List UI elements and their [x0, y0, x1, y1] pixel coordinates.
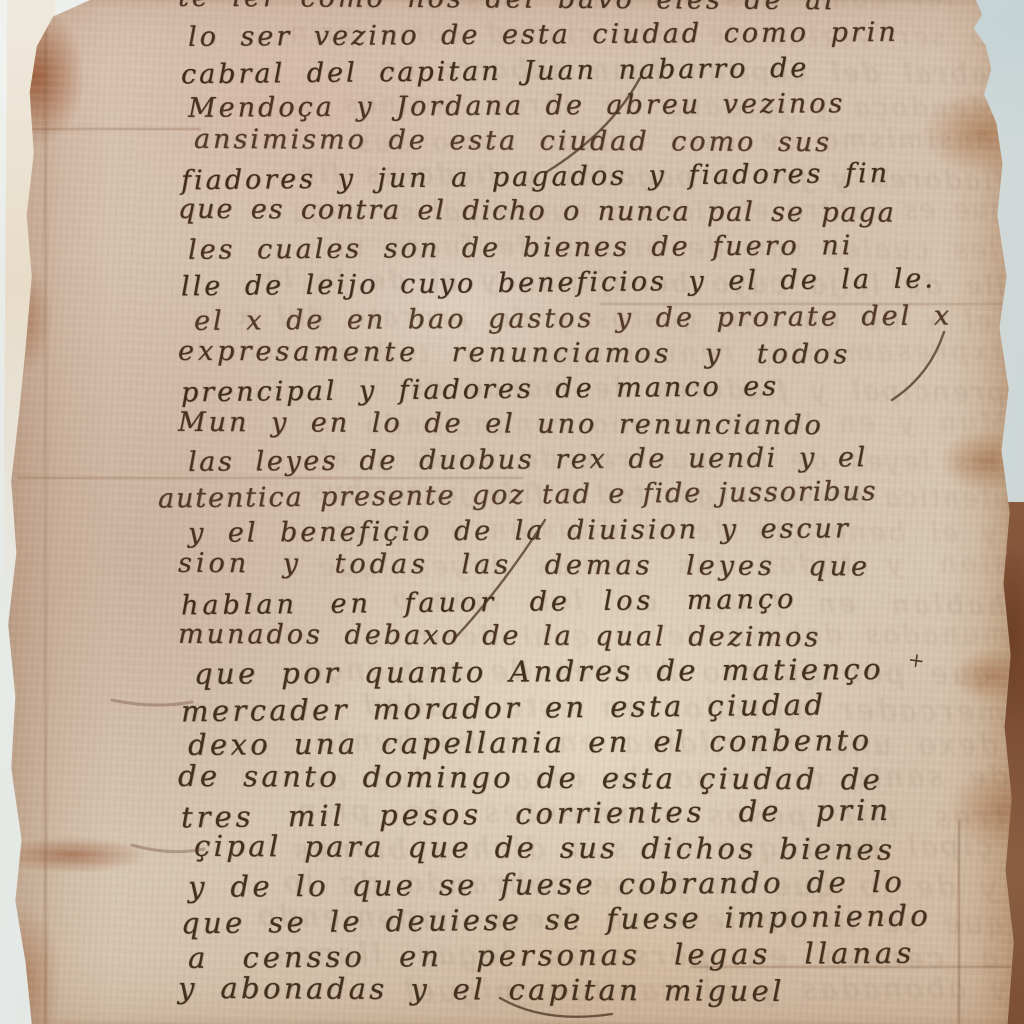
manuscript-line: y el benefiçio de la diuision y escur — [188, 510, 1008, 551]
fold-crease-vertical-left — [44, 0, 47, 1024]
photo-background: te ler como nos del bavo eles de al lo s… — [0, 0, 1024, 1024]
manuscript-page: te ler como nos del bavo eles de al lo s… — [0, 0, 1024, 1024]
manuscript-line: el x de en bao gastos y de prorate del x — [194, 298, 1008, 339]
manuscript-line: a censso en personas legas llanas — [188, 935, 1008, 976]
manuscript-line: Mendoça y Jordana de abreu vezinos — [188, 85, 1008, 126]
manuscript-line: sion y todas las demas leyes que — [178, 546, 1008, 586]
fold-crease-horizontal-top — [26, 128, 201, 130]
manuscript-line: çipal para que de sus dichos bienes — [194, 829, 1008, 869]
manuscript-line: Mun y en lo de el uno renunciando — [178, 405, 1008, 445]
manuscript-line: dexo una capellania en el conbento — [188, 722, 1008, 763]
manuscript-line: munados debaxo de la qual dezimos — [178, 617, 1008, 657]
manuscript-text: te ler como nos del bavo eles de al lo s… — [178, 0, 1008, 1008]
manuscript-line: y abonadas y el capitan miguel — [178, 971, 1008, 1011]
margin-cross-mark: + — [906, 647, 926, 673]
manuscript-line: prencipal y fiadores de manco es — [181, 367, 1008, 411]
manuscript-line: que es contra el dicho o nunca pal se pa… — [178, 192, 1008, 232]
